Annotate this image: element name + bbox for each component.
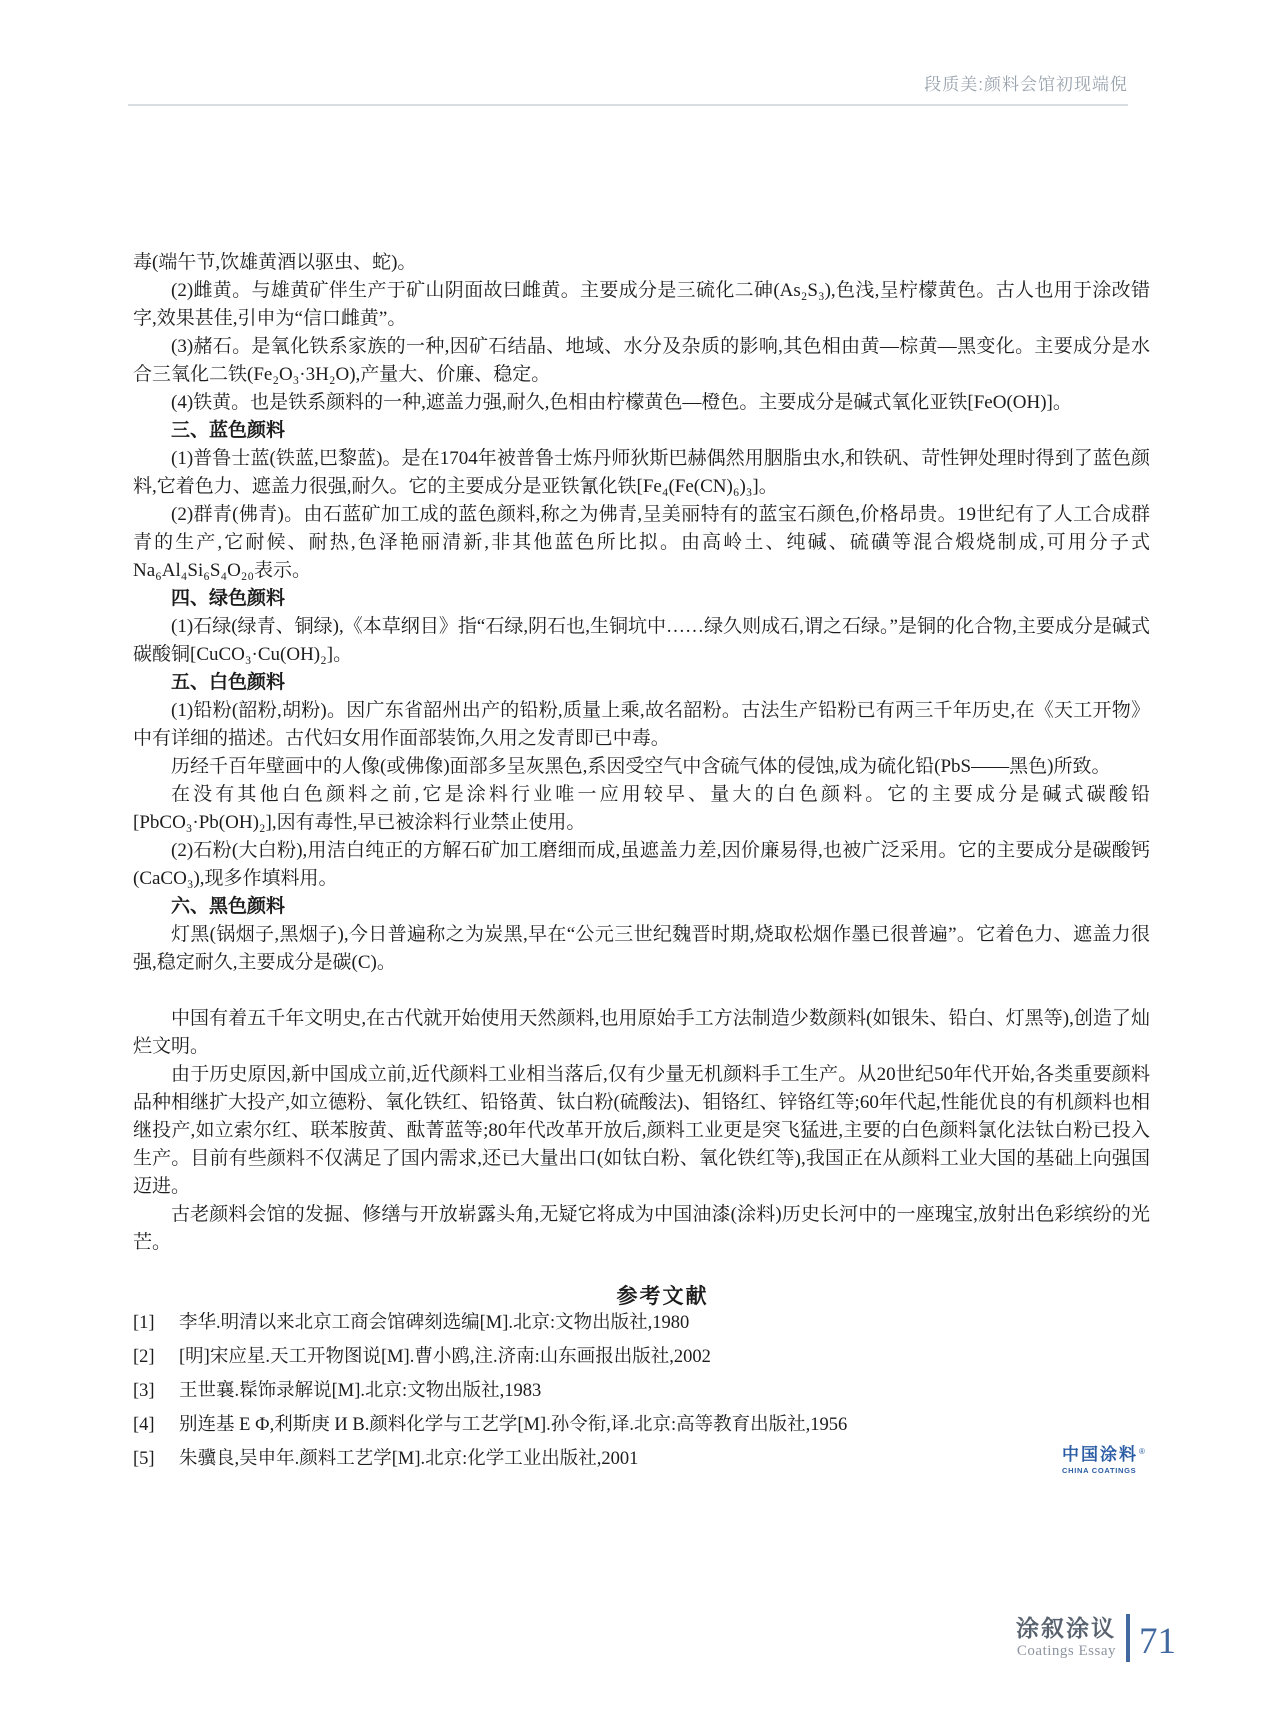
page-header: 段质美:颜料会馆初现端倪 (128, 70, 1128, 106)
paragraph: (4)铁黄。也是铁系颜料的一种,遮盖力强,耐久,色相由柠檬黄色—橙色。主要成分是… (133, 389, 1150, 417)
reference-text: 朱骥良,吴申年.颜料工艺学[M].北京:化学工业出版社,2001 (179, 1447, 1150, 1471)
paragraph: (3)赭石。是氧化铁系家族的一种,因矿石结晶、地域、水分及杂质的影响,其色相由黄… (133, 333, 1150, 389)
paragraph: (1)普鲁士蓝(铁蓝,巴黎蓝)。是在1704年被普鲁士炼丹师狄斯巴赫偶然用胭脂虫… (133, 445, 1150, 501)
logo-subtitle: CHINA COATINGS (1062, 1467, 1145, 1475)
paragraph: 中国有着五千年文明史,在古代就开始使用天然颜料,也用原始手工方法制造少数颜料(如… (133, 1005, 1150, 1061)
reference-item: [4] 别连基 Е Ф,利斯庚 И В.颜料化学与工艺学[M].孙令衔,译.北京… (133, 1413, 1150, 1437)
section-heading-blue-pigments: 三、蓝色颜料 (133, 417, 1150, 445)
paragraph: 灯黑(锅烟子,黑烟子),今日普遍称之为炭黑,早在“公元三世纪魏晋时期,烧取松烟作… (133, 921, 1150, 977)
china-coatings-logo: 中国涂料® CHINA COATINGS (1062, 1446, 1145, 1475)
reference-text: [明]宋应星.天工开物图说[M].曹小鸥,注.济南:山东画报出版社,2002 (179, 1345, 1150, 1369)
paragraph: 由于历史原因,新中国成立前,近代颜料工业相当落后,仅有少量无机颜料手工生产。从2… (133, 1061, 1150, 1201)
paragraph: 毒(端午节,饮雄黄酒以驱虫、蛇)。 (133, 249, 1150, 277)
reference-text: 李华.明清以来北京工商会馆碑刻选编[M].北京:文物出版社,1980 (179, 1311, 1150, 1335)
paragraph: (1)石绿(绿青、铜绿),《本草纲目》指“石绿,阴石也,生铜坑中……绿久则成石,… (133, 613, 1150, 669)
footer-section-labels: 涂叙涂议 Coatings Essay (1016, 1615, 1116, 1660)
reference-number: [5] (133, 1447, 179, 1471)
paragraph: 历经千百年壁画中的人像(或佛像)面部多呈灰黑色,系因受空气中含硫气体的侵蚀,成为… (133, 753, 1150, 781)
registered-trademark-icon: ® (1139, 1447, 1145, 1456)
paragraph: (1)铅粉(韶粉,胡粉)。因广东省韶州出产的铅粉,质量上乘,故名韶粉。古法生产铅… (133, 697, 1150, 753)
logo-wordmark: 中国涂料 (1062, 1445, 1138, 1464)
reference-item: [2] [明]宋应星.天工开物图说[M].曹小鸥,注.济南:山东画报出版社,20… (133, 1345, 1150, 1369)
reference-text: 别连基 Е Ф,利斯庚 И В.颜料化学与工艺学[M].孙令衔,译.北京:高等教… (179, 1413, 1150, 1437)
section-heading-white-pigments: 五、白色颜料 (133, 669, 1150, 697)
reference-item: [5] 朱骥良,吴申年.颜料工艺学[M].北京:化学工业出版社,2001 (133, 1447, 1150, 1471)
reference-number: [4] (133, 1413, 179, 1437)
paragraph: (2)雌黄。与雄黄矿伴生产于矿山阴面故曰雌黄。主要成分是三硫化二砷(As₂S₃)… (133, 277, 1150, 333)
reference-text: 王世襄.髹饰录解说[M].北京:文物出版社,1983 (179, 1379, 1150, 1403)
running-title: 段质美:颜料会馆初现端倪 (924, 75, 1128, 94)
reference-number: [3] (133, 1379, 179, 1403)
page-number: 71 (1139, 1612, 1176, 1663)
reference-number: [1] (133, 1311, 179, 1335)
section-heading-green-pigments: 四、绿色颜料 (133, 585, 1150, 613)
reference-item: [1] 李华.明清以来北京工商会馆碑刻选编[M].北京:文物出版社,1980 (133, 1311, 1150, 1335)
footer-section-title-cn: 涂叙涂议 (1016, 1615, 1116, 1641)
page-footer: 涂叙涂议 Coatings Essay 71 (1016, 1612, 1176, 1663)
article-body: 毒(端午节,饮雄黄酒以驱虫、蛇)。 (2)雌黄。与雄黄矿伴生产于矿山阴面故曰雌黄… (133, 249, 1150, 1481)
footer-divider (1126, 1614, 1130, 1662)
paragraph: (2)石粉(大白粉),用洁白纯正的方解石矿加工磨细而成,虽遮盖力差,因价廉易得,… (133, 837, 1150, 893)
paragraph: 在没有其他白色颜料之前,它是涂料行业唯一应用较早、量大的白色颜料。它的主要成分是… (133, 781, 1150, 837)
reference-number: [2] (133, 1345, 179, 1369)
paragraph: (2)群青(佛青)。由石蓝矿加工成的蓝色颜料,称之为佛青,呈美丽特有的蓝宝石颜色… (133, 501, 1150, 585)
reference-item: [3] 王世襄.髹饰录解说[M].北京:文物出版社,1983 (133, 1379, 1150, 1403)
footer-section-title-en: Coatings Essay (1016, 1643, 1116, 1660)
references-section: 参考文献 [1] 李华.明清以来北京工商会馆碑刻选编[M].北京:文物出版社,1… (133, 1283, 1150, 1471)
paragraph: 古老颜料会馆的发掘、修缮与开放崭露头角,无疑它将成为中国油漆(涂料)历史长河中的… (133, 1201, 1150, 1257)
section-heading-black-pigments: 六、黑色颜料 (133, 893, 1150, 921)
document-page: 段质美:颜料会馆初现端倪 毒(端午节,饮雄黄酒以驱虫、蛇)。 (2)雌黄。与雄黄… (0, 0, 1275, 1718)
references-heading: 参考文献 (133, 1283, 1150, 1311)
